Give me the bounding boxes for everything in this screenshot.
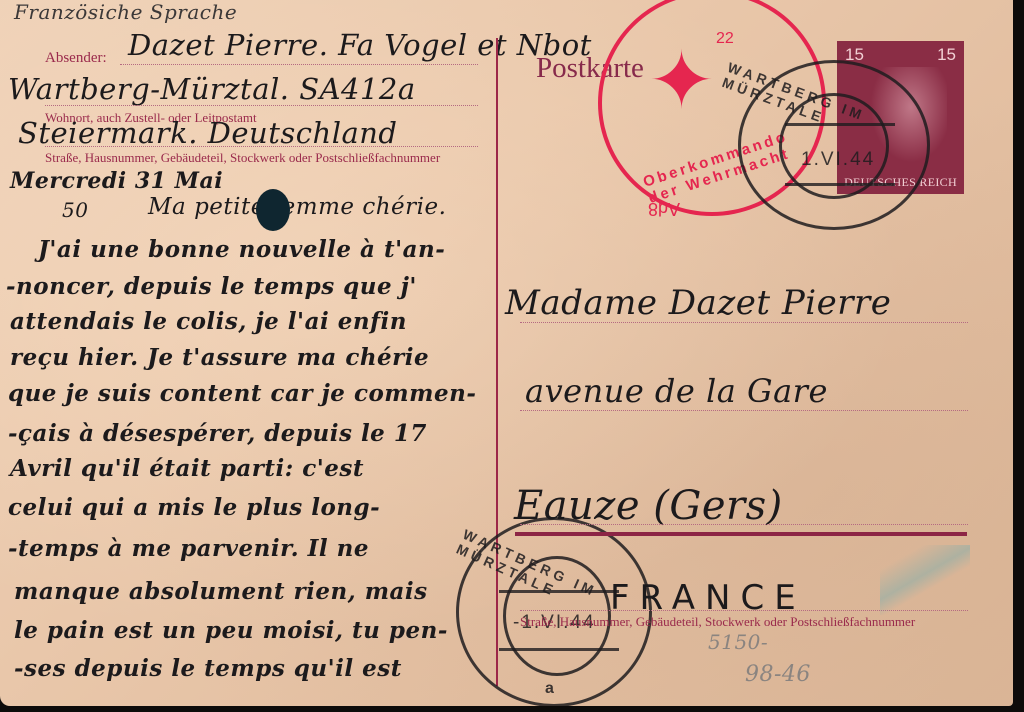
- absender-label: Absender:: [45, 50, 107, 67]
- letter-line: manque absolument rien, mais: [14, 578, 428, 605]
- pencil-annotation-2: 98-46: [745, 662, 811, 687]
- postmark-top-date: 1.VI.44: [801, 149, 875, 171]
- sender-line-3: [45, 146, 478, 147]
- postcard: Französiche Sprache Absender: Dazet Pier…: [0, 0, 1013, 706]
- sender-town: Wartberg-Mürztal. SA412a: [8, 72, 416, 106]
- letter-line: que je suis content car je commen-: [8, 380, 476, 407]
- postmark-top: 1.VI.44 WARTBERG IM MÜRZTALE: [738, 60, 930, 230]
- strasse-label-recipient: Straße, Hausnummer, Gebäudeteil, Stockwe…: [520, 614, 915, 630]
- recipient-name: Madame Dazet Pierre: [505, 283, 891, 323]
- censor-number: 22: [716, 30, 734, 48]
- letter-date: Mercredi 31 Mai: [10, 168, 223, 194]
- strasse-label-sender: Straße, Hausnummer, Gebäudeteil, Stockwe…: [45, 150, 440, 166]
- stamp-value-right: 15: [937, 45, 956, 65]
- letter-line: celui qui a mis le plus long-: [8, 494, 380, 521]
- censor-mark: Ad8: [648, 198, 680, 219]
- letter-line: -ses depuis le temps qu'il est: [14, 655, 402, 682]
- blue-pencil-mark: [880, 545, 970, 615]
- recipient-country: FRANCE: [610, 578, 806, 618]
- letter-line: J'ai une bonne nouvelle à t'an-: [38, 236, 445, 263]
- pencil-annotation-1: 5150-: [708, 630, 768, 654]
- letter-line: -temps à me parvenir. Il ne: [8, 535, 369, 562]
- ink-blot: [256, 189, 290, 231]
- sender-line-2: [45, 105, 478, 106]
- recipient-line-3: [520, 524, 968, 525]
- letter-line: Avril qu'il était parti: c'est: [10, 455, 364, 482]
- postmark-bottom-letter: a: [545, 680, 558, 698]
- recipient-line-1: [520, 322, 968, 323]
- letter-line: reçu hier. Je t'assure ma chérie: [10, 344, 429, 371]
- sender-line-1: [120, 64, 478, 65]
- recipient-street: avenue de la Gare: [525, 372, 828, 410]
- letter-salutation: Ma petite femme chérie.: [148, 194, 446, 220]
- recipient-underline: [515, 532, 967, 536]
- letter-ref: 50: [62, 198, 88, 222]
- letter-line: attendais le colis, je l'ai enfin: [10, 308, 407, 335]
- eagle-icon: ✦: [648, 42, 715, 122]
- letter-line: le pain est un peu moisi, tu pen-: [14, 617, 448, 644]
- letter-line: -çais à désespérer, depuis le 17: [8, 420, 427, 447]
- recipient-city: Eauze (Gers): [514, 483, 783, 529]
- header-note: Französiche Sprache: [14, 0, 237, 24]
- letter-line: -noncer, depuis le temps que j': [6, 273, 417, 300]
- sender-region: Steiermark. Deutschland: [18, 116, 398, 150]
- recipient-line-2: [520, 410, 968, 411]
- sender-name: Dazet Pierre. Fa Vogel et Nbot: [128, 28, 592, 62]
